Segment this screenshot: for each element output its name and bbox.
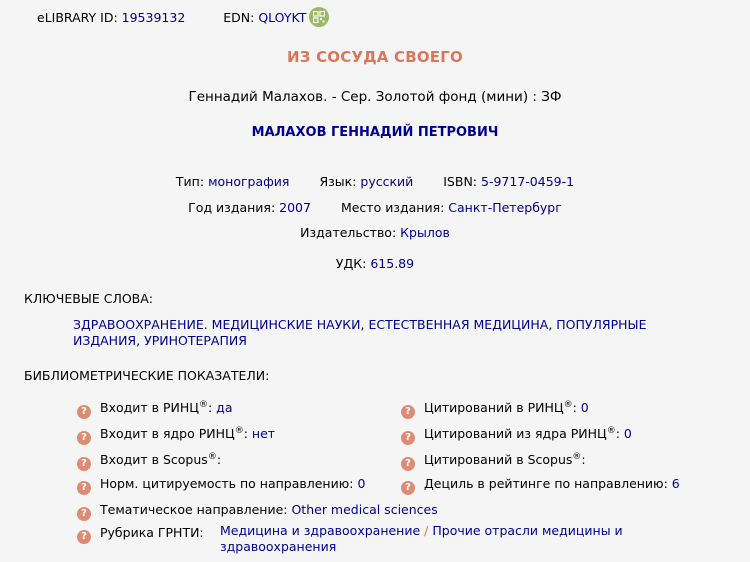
help-icon[interactable]: ?: [77, 405, 91, 419]
help-icon[interactable]: ?: [401, 405, 415, 419]
metric-citations-scopus: ?Цитирований в Scopus®:: [401, 452, 586, 471]
edn-label: EDN:: [223, 10, 254, 25]
metric-citations-rinc-core: ?Цитирований из ядра РИНЦ®: 0: [401, 426, 632, 445]
place-value: Санкт-Петербург: [448, 200, 562, 215]
metric-value: 0: [357, 476, 365, 491]
metric-value: да: [216, 400, 232, 415]
language-value: русский: [360, 174, 413, 189]
grnti-link-1[interactable]: Медицина и здравоохранение: [220, 523, 420, 538]
help-icon[interactable]: ?: [77, 457, 91, 471]
publisher-label: Издательство:: [300, 225, 396, 240]
meta-row-3: Издательство: Крылов: [0, 225, 750, 240]
year-value: 2007: [279, 200, 311, 215]
qr-code-icon[interactable]: [309, 7, 329, 27]
metric-value: 0: [624, 426, 632, 441]
keywords-list: ЗДРАВООХРАНЕНИЕ. МЕДИЦИНСКИЕ НАУКИ, ЕСТЕ…: [73, 317, 713, 349]
identifiers-bar: eLIBRARY ID: 19539132 EDN: QLOYKT: [37, 10, 306, 25]
publication-title: ИЗ СОСУДА СВОЕГО: [0, 48, 750, 66]
metric-citations-rinc: ?Цитирований в РИНЦ®: 0: [401, 400, 589, 419]
edn-value[interactable]: QLOYKT: [258, 10, 306, 25]
metric-value: нет: [252, 426, 275, 441]
place-label: Место издания:: [341, 200, 444, 215]
metric-in-rinc: ?Входит в РИНЦ®: да: [77, 400, 232, 419]
isbn-label: ISBN:: [443, 174, 477, 189]
grnti-values: Медицина и здравоохранение / Прочие отра…: [220, 523, 640, 555]
year-label: Год издания:: [188, 200, 275, 215]
language-label: Язык:: [319, 174, 356, 189]
thematic-direction: ?Тематическое направление: Other medical…: [77, 502, 438, 521]
keyword-link[interactable]: УРИНОТЕРАПИЯ: [144, 333, 247, 348]
help-icon[interactable]: ?: [77, 431, 91, 445]
grnti-separator: /: [424, 523, 428, 538]
udk-label: УДК:: [336, 256, 366, 271]
grnti-rubric: ?Рубрика ГРНТИ:: [77, 525, 204, 544]
udk-value: 615.89: [370, 256, 414, 271]
elibrary-id-label: eLIBRARY ID:: [37, 10, 118, 25]
elibrary-id-value: 19539132: [122, 10, 186, 25]
meta-row-2: Год издания: 2007 Место издания: Санкт-П…: [0, 200, 750, 215]
type-value: монография: [208, 174, 289, 189]
metric-value: 0: [581, 400, 589, 415]
metric-norm-citation: ?Норм. цитируемость по направлению: 0: [77, 476, 365, 495]
meta-row-4: УДК: 615.89: [0, 256, 750, 271]
help-icon[interactable]: ?: [77, 507, 91, 521]
type-label: Тип:: [176, 174, 204, 189]
meta-row-1: Тип: монография Язык: русский ISBN: 5-97…: [0, 174, 750, 189]
author-link[interactable]: МАЛАХОВ ГЕННАДИЙ ПЕТРОВИЧ: [0, 125, 750, 140]
bibliometrics-heading: БИБЛИОМЕТРИЧЕСКИЕ ПОКАЗАТЕЛИ:: [24, 368, 269, 383]
metric-in-rinc-core: ?Входит в ядро РИНЦ®: нет: [77, 426, 275, 445]
isbn-value: 5-9717-0459-1: [481, 174, 574, 189]
metric-in-scopus: ?Входит в Scopus®:: [77, 452, 221, 471]
help-icon[interactable]: ?: [77, 530, 91, 544]
metric-decile: ?Дециль в рейтинге по направлению: 6: [401, 476, 680, 495]
help-icon[interactable]: ?: [401, 457, 415, 471]
keywords-heading: КЛЮЧЕВЫЕ СЛОВА:: [24, 291, 153, 306]
thematic-link[interactable]: Other medical sciences: [291, 502, 437, 517]
keyword-link[interactable]: ЕСТЕСТВЕННАЯ МЕДИЦИНА: [369, 317, 549, 332]
metric-value: 6: [672, 476, 680, 491]
help-icon[interactable]: ?: [401, 431, 415, 445]
publisher-link[interactable]: Крылов: [400, 225, 450, 240]
help-icon[interactable]: ?: [77, 481, 91, 495]
help-icon[interactable]: ?: [401, 481, 415, 495]
publication-series: Геннадий Малахов. - Сер. Золотой фонд (м…: [0, 89, 750, 105]
keyword-link[interactable]: ЗДРАВООХРАНЕНИЕ. МЕДИЦИНСКИЕ НАУКИ: [73, 317, 361, 332]
